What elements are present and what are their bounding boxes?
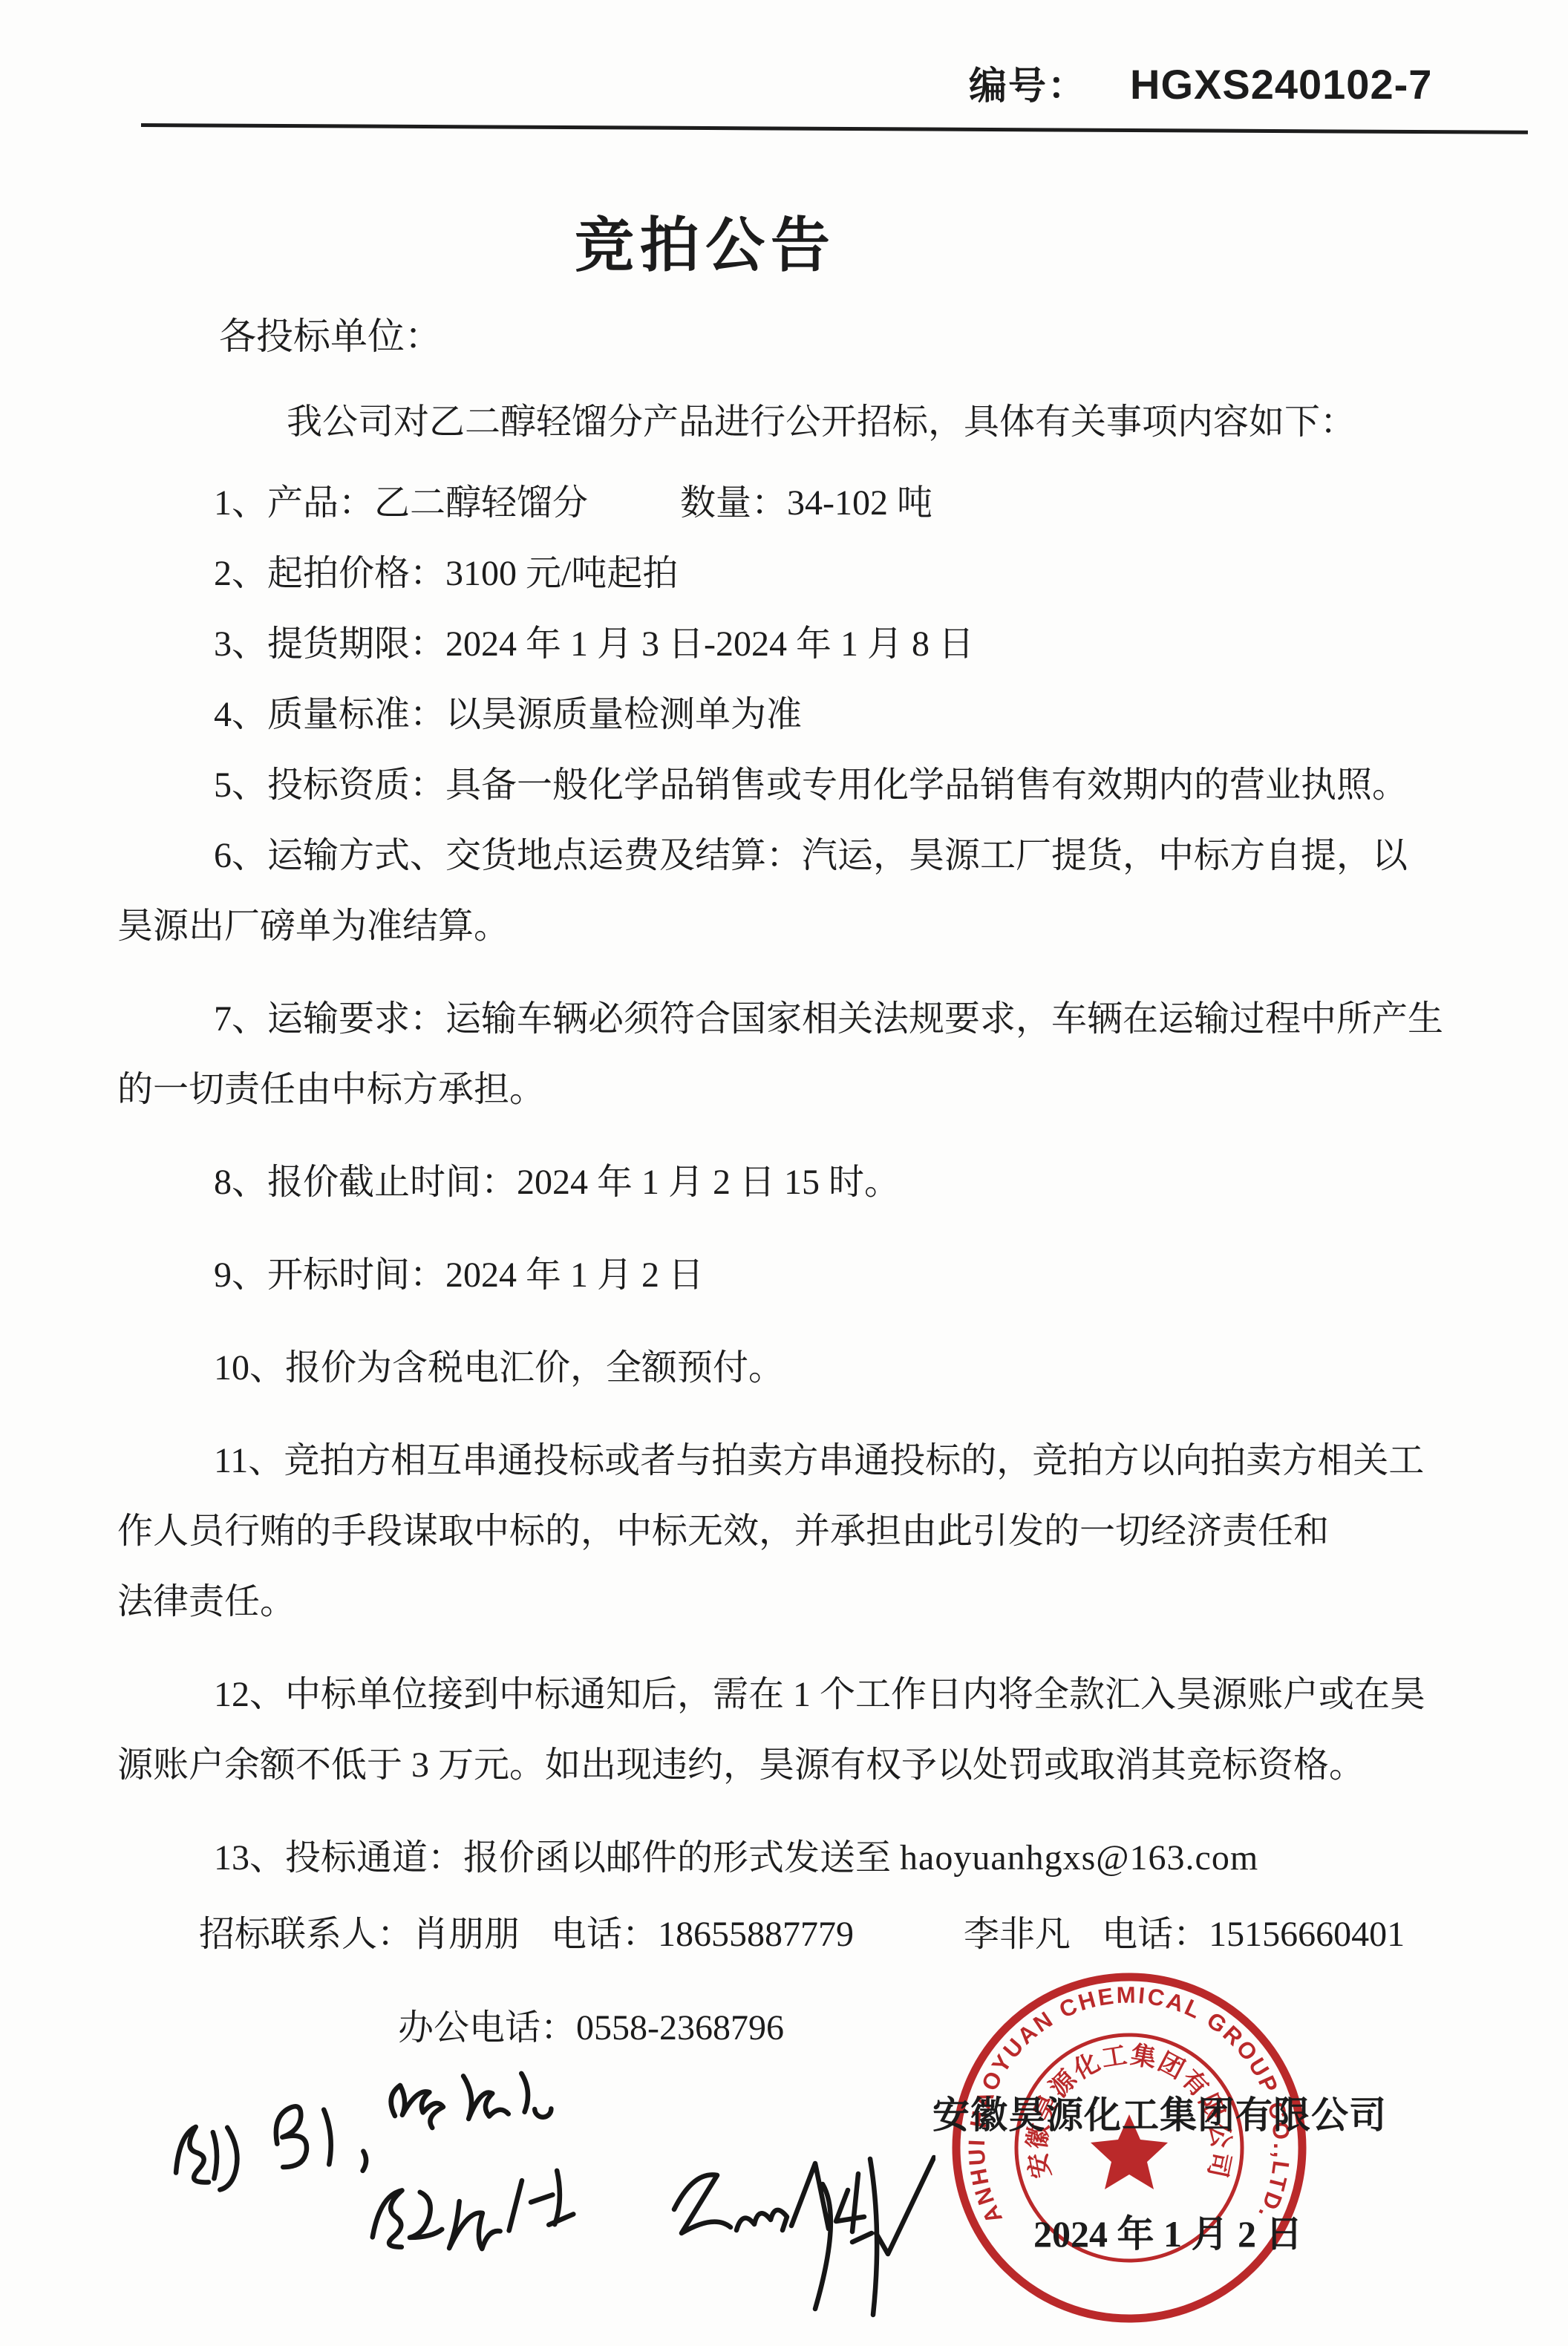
item-9: 9、开标时间：2024 年 1 月 2 日 [117,1240,1465,1310]
contact-person-1: 肖朋朋 [413,1915,520,1954]
item-13-text: 13、投标通道：报价函以邮件的形式发送至 [214,1838,900,1878]
item-4: 4、质量标准：以昊源质量检测单为准 [117,679,1465,750]
scanned-auction-announcement: 编号：HGXS240102-7 竞拍公告 各投标单位： 我公司对乙二醇轻馏分产品… [0,0,1568,2346]
office-phone: 办公电话：0558-2368796 [398,2010,784,2046]
company-seal-stamp: ANHUI HAOYUAN CHEMICAL GROUP CO.,LTD. 安徽… [949,1967,1310,2328]
contact-phone-2: 15156660401 [1209,1915,1405,1954]
item-11: 11、竞拍方相互串通投标或者与拍卖方串通投标的，竞拍方以向拍卖方相关工 作人员行… [117,1425,1465,1637]
page-title: 竞拍公告 [0,217,1411,276]
item-5: 5、投标资质：具备一般化学品销售或专用化学品销售有效期内的营业执照。 [117,750,1465,820]
item-1-quantity: 数量：34-102 吨 [680,483,932,523]
company-name: 安徽昊源化工集团有限公司 [932,2097,1387,2134]
item-7: 7、运输要求：运输车辆必须符合国家相关法规要求，车辆在运输过程中所产生 的一切责… [117,984,1465,1125]
handwritten-signature-approver [653,2138,935,2328]
doc-number: 编号：HGXS240102-7 [969,64,1432,106]
item-6: 6、运输方式、交货地点运费及结算：汽运，昊源工厂提货，中标方自提，以 昊源出厂磅… [117,820,1465,961]
doc-number-value: HGXS240102-7 [1130,61,1432,108]
item-2: 2、起拍价格：3100 元/吨起拍 [117,538,1465,609]
item-10: 10、报价为含税电汇价，全额预付。 [117,1333,1465,1403]
bid-email: haoyuanhgxs@163.com [900,1838,1258,1878]
doc-number-label: 编号： [969,66,1087,108]
item-13: 13、投标通道：报价函以邮件的形式发送至 haoyuanhgxs@163.com [117,1823,1465,1893]
phone-label-2: 电话： [1102,1915,1209,1954]
contact-phone-1: 18655887779 [658,1915,854,1954]
item-8: 8、报价截止时间：2024 年 1 月 2 日 15 时。 [117,1147,1465,1218]
intro-paragraph: 我公司对乙二醇轻馏分产品进行公开招标，具体有关事项内容如下： [117,405,1356,440]
salutation: 各投标单位： [219,318,442,355]
item-12: 12、中标单位接到中标通知后，需在 1 个工作日内将全款汇入昊源账户或在昊 源账… [117,1659,1465,1800]
handwritten-signature-xiao [345,2151,598,2279]
item-3: 3、提货期限：2024 年 1 月 3 日-2024 年 1 月 8 日 [117,609,1465,679]
header-rule [141,123,1528,134]
phone-label-1: 电话： [551,1915,658,1954]
contacts-label: 招标联系人： [199,1915,413,1954]
item-1-product: 1、产品：乙二醇轻馏分 [214,483,588,523]
contact-person-2: 李非凡 [964,1915,1071,1954]
contacts-row: 招标联系人：肖朋朋电话：18655887779李非凡电话：15156660401 [199,1917,1405,1953]
item-1: 1、产品：乙二醇轻馏分数量：34-102 吨 [117,468,1465,538]
items-list: 1、产品：乙二醇轻馏分数量：34-102 吨 2、起拍价格：3100 元/吨起拍… [117,468,1465,1893]
issue-date: 2024 年 1 月 2 日 [1033,2215,1303,2252]
